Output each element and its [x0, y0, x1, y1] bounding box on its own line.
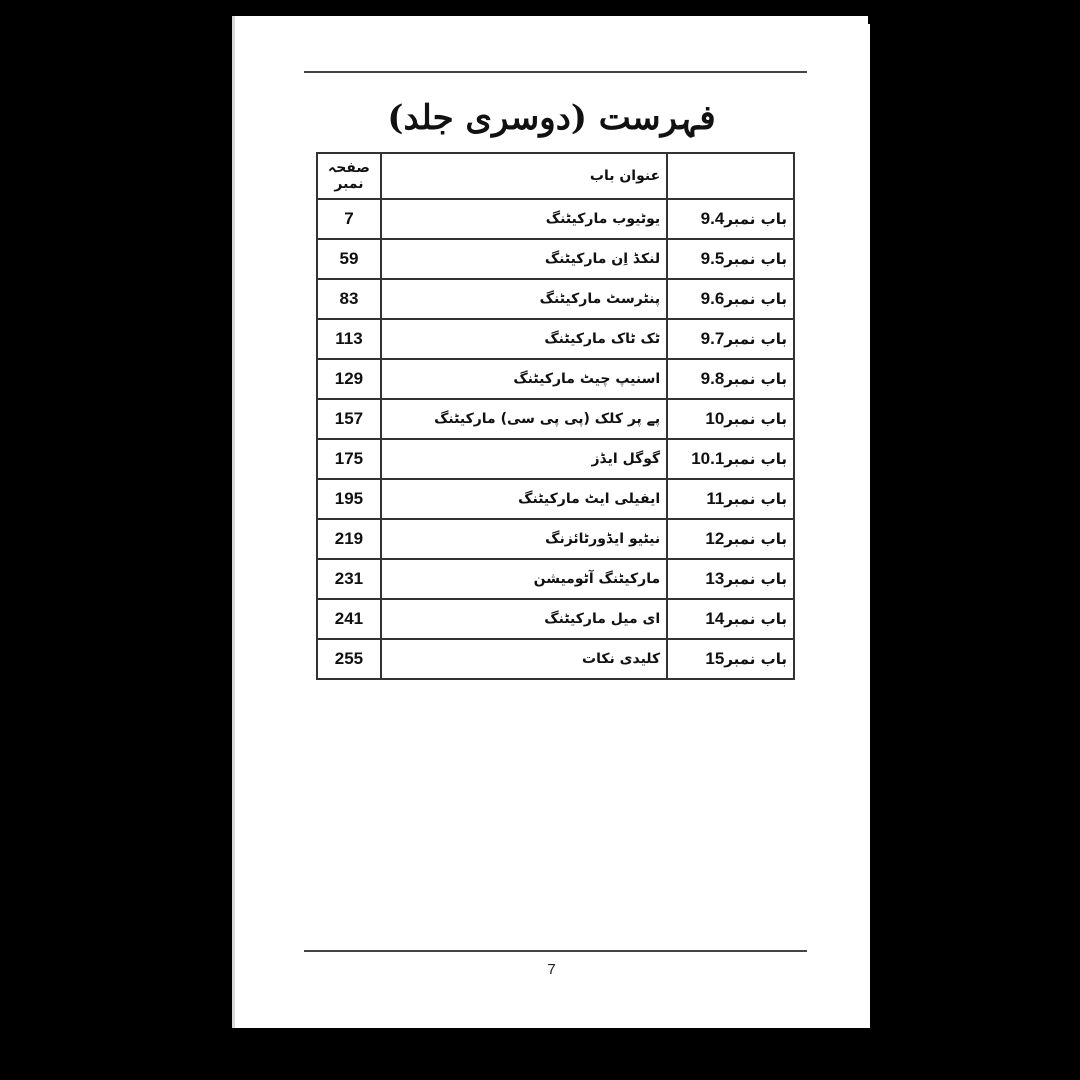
chapter-number: 10: [705, 409, 724, 428]
row-chapter-title: پنٹرسٹ مارکیٹنگ: [381, 279, 667, 319]
row-chapter-label: باب نمبر9.8: [667, 359, 794, 399]
row-chapter-label: باب نمبر14: [667, 599, 794, 639]
chapter-number: 12: [705, 529, 724, 548]
chapter-prefix: باب نمبر: [724, 330, 787, 348]
table-of-contents: صفحہ نمبر عنوان باب 7 یوٹیوب مارکیٹنگ با…: [316, 152, 795, 680]
chapter-prefix: باب نمبر: [724, 570, 787, 588]
row-page-number: 255: [317, 639, 381, 679]
table-row: 241 ای میل مارکیٹنگ باب نمبر14: [317, 599, 794, 639]
table-row: 219 نیٹیو ایڈورٹائزنگ باب نمبر12: [317, 519, 794, 559]
header-page-number: صفحہ نمبر: [317, 153, 381, 199]
chapter-prefix: باب نمبر: [724, 650, 787, 668]
row-chapter-title: یوٹیوب مارکیٹنگ: [381, 199, 667, 239]
table-row: 129 اسنیپ چیٹ مارکیٹنگ باب نمبر9.8: [317, 359, 794, 399]
row-page-number: 83: [317, 279, 381, 319]
table-row: 231 مارکیٹنگ آٹومیشن باب نمبر13: [317, 559, 794, 599]
chapter-prefix: باب نمبر: [724, 490, 787, 508]
row-chapter-label: باب نمبر15: [667, 639, 794, 679]
book-page: فہرست (دوسری جلد) صفحہ نمبر عنوان باب 7 …: [232, 16, 868, 1028]
table-row: 83 پنٹرسٹ مارکیٹنگ باب نمبر9.6: [317, 279, 794, 319]
row-chapter-title: مارکیٹنگ آٹومیشن: [381, 559, 667, 599]
chapter-prefix: باب نمبر: [724, 450, 787, 468]
row-chapter-title: کلیدی نکات: [381, 639, 667, 679]
row-chapter-title: اسنیپ چیٹ مارکیٹنگ: [381, 359, 667, 399]
row-chapter-title: پے پر کلک (پی پی سی) مارکیٹنگ: [381, 399, 667, 439]
row-chapter-title: ای میل مارکیٹنگ: [381, 599, 667, 639]
row-page-number: 219: [317, 519, 381, 559]
chapter-number: 11: [706, 489, 724, 508]
table-header-row: صفحہ نمبر عنوان باب: [317, 153, 794, 199]
chapter-prefix: باب نمبر: [724, 290, 787, 308]
page-edge: [866, 24, 870, 1028]
row-page-number: 195: [317, 479, 381, 519]
chapter-number: 13: [705, 569, 724, 588]
chapter-number: 9.8: [701, 369, 725, 388]
table-row: 195 ایفیلی ایٹ مارکیٹنگ باب نمبر11: [317, 479, 794, 519]
chapter-number: 9.7: [701, 329, 725, 348]
table-row: 113 ٹک ٹاک مارکیٹنگ باب نمبر9.7: [317, 319, 794, 359]
chapter-number: 14: [705, 609, 724, 628]
table-row: 157 پے پر کلک (پی پی سی) مارکیٹنگ باب نم…: [317, 399, 794, 439]
row-page-number: 157: [317, 399, 381, 439]
table-body: 7 یوٹیوب مارکیٹنگ باب نمبر9.4 59 لنکڈ اِ…: [317, 199, 794, 679]
row-page-number: 59: [317, 239, 381, 279]
row-chapter-label: باب نمبر12: [667, 519, 794, 559]
row-chapter-label: باب نمبر11: [667, 479, 794, 519]
chapter-number: 9.6: [701, 289, 725, 308]
table-row: 7 یوٹیوب مارکیٹنگ باب نمبر9.4: [317, 199, 794, 239]
table-row: 59 لنکڈ اِن مارکیٹنگ باب نمبر9.5: [317, 239, 794, 279]
chapter-number: 15: [705, 649, 724, 668]
row-chapter-label: باب نمبر9.7: [667, 319, 794, 359]
row-chapter-title: گوگل ایڈز: [381, 439, 667, 479]
table-row: 175 گوگل ایڈز باب نمبر10.1: [317, 439, 794, 479]
row-page-number: 7: [317, 199, 381, 239]
row-chapter-label: باب نمبر10.1: [667, 439, 794, 479]
row-chapter-label: باب نمبر9.6: [667, 279, 794, 319]
chapter-number: 9.5: [701, 249, 725, 268]
row-chapter-label: باب نمبر10: [667, 399, 794, 439]
header-chapter: [667, 153, 794, 199]
row-page-number: 129: [317, 359, 381, 399]
chapter-prefix: باب نمبر: [724, 410, 787, 428]
chapter-prefix: باب نمبر: [724, 210, 787, 228]
chapter-number: 10.1: [691, 449, 724, 468]
header-chapter-title: عنوان باب: [381, 153, 667, 199]
row-chapter-title: ایفیلی ایٹ مارکیٹنگ: [381, 479, 667, 519]
page-number: 7: [235, 961, 868, 978]
row-page-number: 231: [317, 559, 381, 599]
footer-rule: [304, 950, 807, 952]
page-title: فہرست (دوسری جلد): [235, 94, 868, 142]
row-chapter-label: باب نمبر9.4: [667, 199, 794, 239]
chapter-prefix: باب نمبر: [724, 370, 787, 388]
chapter-number: 9.4: [701, 209, 725, 228]
row-chapter-label: باب نمبر13: [667, 559, 794, 599]
row-page-number: 113: [317, 319, 381, 359]
chapter-prefix: باب نمبر: [724, 530, 787, 548]
row-chapter-title: ٹک ٹاک مارکیٹنگ: [381, 319, 667, 359]
row-page-number: 175: [317, 439, 381, 479]
chapter-prefix: باب نمبر: [724, 250, 787, 268]
header-rule: [304, 71, 807, 73]
chapter-prefix: باب نمبر: [724, 610, 787, 628]
row-chapter-label: باب نمبر9.5: [667, 239, 794, 279]
row-page-number: 241: [317, 599, 381, 639]
row-chapter-title: نیٹیو ایڈورٹائزنگ: [381, 519, 667, 559]
row-chapter-title: لنکڈ اِن مارکیٹنگ: [381, 239, 667, 279]
table-row: 255 کلیدی نکات باب نمبر15: [317, 639, 794, 679]
